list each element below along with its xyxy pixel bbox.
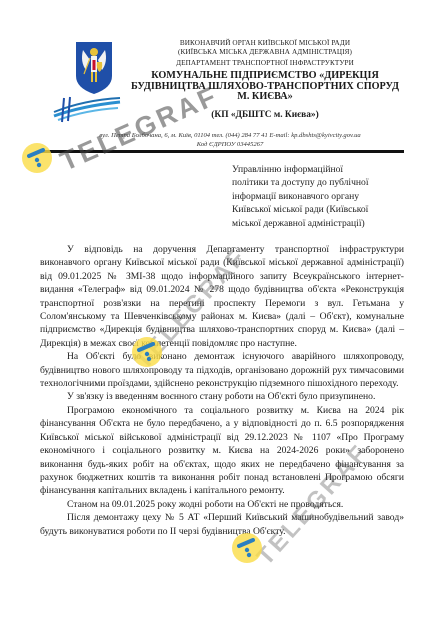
body-paragraph: У зв'язку із введенням воєнного стану ро… bbox=[40, 390, 404, 403]
addressee-line: міської державної адміністрації) bbox=[232, 217, 412, 230]
addressee-line: Управлінню інформаційної bbox=[232, 163, 412, 176]
addressee-line: Київської міської ради (Київської bbox=[232, 203, 412, 216]
road-bridge-logo-icon bbox=[52, 94, 122, 124]
addressee-line: інформації виконавчого органу bbox=[232, 190, 412, 203]
department-name: ДЕПАРТАМЕНТ ТРАНСПОРТНОЇ ІНФРАСТРУКТУРИ bbox=[130, 59, 400, 67]
telegraf-t-badge-icon bbox=[232, 533, 262, 563]
body-paragraph: Станом на 09.01.2025 року жодні роботи н… bbox=[40, 498, 404, 511]
org-name-subline: (КИЇВСЬКА МІСЬКА ДЕРЖАВНА АДМІНІСТРАЦІЯ) bbox=[130, 48, 400, 56]
body-paragraph: Після демонтажу цеху № 5 АТ «Перший Київ… bbox=[40, 511, 404, 538]
body-paragraph: На Об'єкті було виконано демонтаж існуюч… bbox=[40, 350, 404, 390]
addressee-block: Управлінню інформаційної політики та дос… bbox=[232, 163, 412, 230]
addressee-line: політики та доступу до публічної bbox=[232, 176, 412, 189]
kyiv-coat-of-arms-icon bbox=[74, 40, 114, 96]
telegraf-t-badge-icon bbox=[22, 143, 52, 173]
enterprise-title-line-1: КОМУНАЛЬНЕ ПІДПРИЄМСТВО «ДИРЕКЦІЯ bbox=[130, 71, 400, 82]
letter-page: ВИКОНАВЧИЙ ОРГАН КИЇВСЬКОЇ МІСЬКОЇ РАДИ … bbox=[0, 0, 428, 617]
telegraf-t-badge-icon bbox=[132, 337, 162, 367]
org-name-line: ВИКОНАВЧИЙ ОРГАН КИЇВСЬКОЇ МІСЬКОЇ РАДИ bbox=[130, 39, 400, 47]
